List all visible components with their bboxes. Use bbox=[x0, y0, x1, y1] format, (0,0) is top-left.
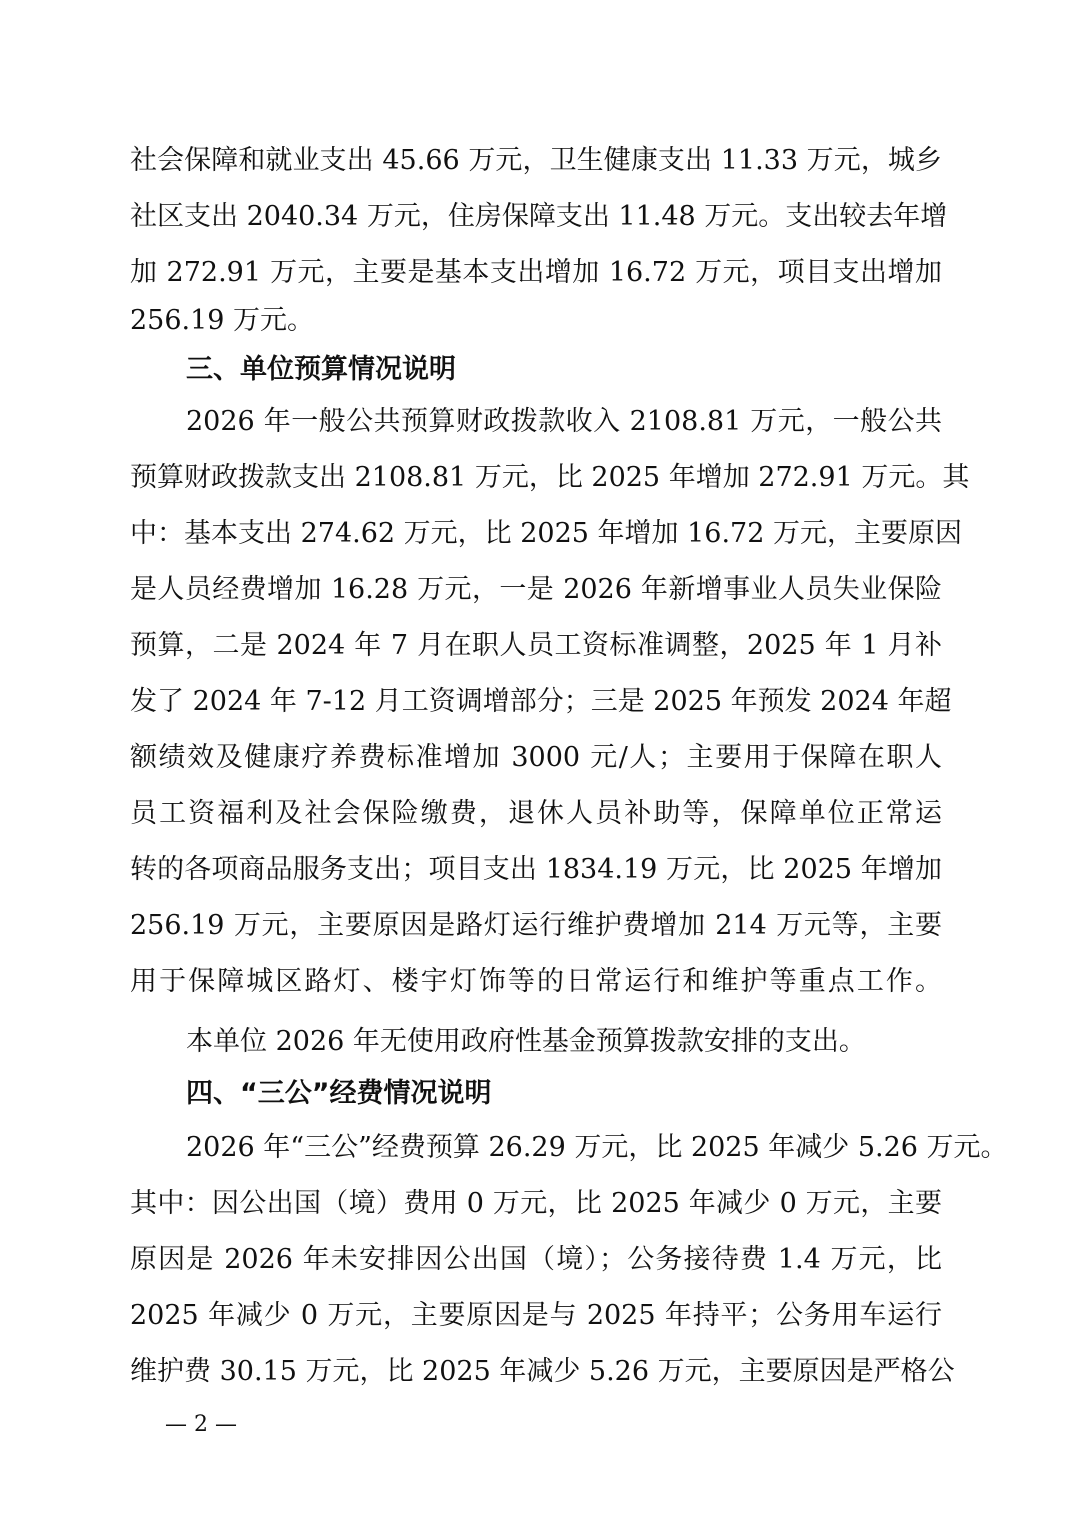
body-text-line: 256.19 万元，主要原因是路灯运行维护费增加 214 万元等，主要 bbox=[130, 906, 942, 946]
body-text-line: 社区支出 2040.34 万元，住房保障支出 11.48 万元。支出较去年增 bbox=[130, 197, 942, 237]
body-text-line: 2026 年一般公共预算财政拨款收入 2108.81 万元，一般公共 bbox=[186, 402, 942, 442]
body-text-line: 本单位 2026 年无使用政府性基金预算拨款安排的支出。 bbox=[186, 1022, 942, 1062]
body-text-line: 社会保障和就业支出 45.66 万元，卫生健康支出 11.33 万元，城乡 bbox=[130, 141, 942, 181]
body-text-line: 2026 年“三公”经费预算 26.29 万元，比 2025 年减少 5.26 … bbox=[186, 1128, 942, 1168]
body-text-line: 其中：因公出国（境）费用 0 万元，比 2025 年减少 0 万元，主要 bbox=[130, 1184, 942, 1224]
body-text-line: 加 272.91 万元，主要是基本支出增加 16.72 万元，项目支出增加 bbox=[130, 253, 942, 293]
body-text-line: 发了 2024 年 7-12 月工资调增部分；三是 2025 年预发 2024 … bbox=[130, 682, 942, 722]
document-page: 社会保障和就业支出 45.66 万元，卫生健康支出 11.33 万元，城乡 社区… bbox=[0, 0, 1074, 1520]
section-heading-unit-budget: 三、单位预算情况说明 bbox=[186, 350, 456, 390]
body-text-line: 预算，二是 2024 年 7 月在职人员工资标准调整，2025 年 1 月补 bbox=[130, 626, 942, 666]
body-text-line: 2025 年减少 0 万元，主要原因是与 2025 年持平；公务用车运行 bbox=[130, 1296, 942, 1336]
body-text-line: 额绩效及健康疗养费标准增加 3000 元/人；主要用于保障在职人 bbox=[130, 738, 942, 778]
body-text-line: 维护费 30.15 万元，比 2025 年减少 5.26 万元，主要原因是严格公 bbox=[130, 1352, 942, 1392]
body-text-line: 中：基本支出 274.62 万元，比 2025 年增加 16.72 万元，主要原… bbox=[130, 514, 942, 554]
body-text-line: 原因是 2026 年未安排因公出国（境）；公务接待费 1.4 万元，比 bbox=[130, 1240, 942, 1280]
body-text-line: 256.19 万元。 bbox=[130, 301, 942, 341]
body-text-line: 员工资福利及社会保险缴费，退休人员补助等，保障单位正常运 bbox=[130, 794, 942, 834]
body-text-line: 是人员经费增加 16.28 万元，一是 2026 年新增事业人员失业保险 bbox=[130, 570, 942, 610]
section-heading-three-public-expenses: 四、“三公”经费情况说明 bbox=[186, 1074, 492, 1114]
page-number: — 2 — bbox=[165, 1410, 237, 1440]
body-text-line: 用于保障城区路灯、楼宇灯饰等的日常运行和维护等重点工作。 bbox=[130, 962, 942, 1002]
body-text-line: 预算财政拨款支出 2108.81 万元，比 2025 年增加 272.91 万元… bbox=[130, 458, 942, 498]
body-text-line: 转的各项商品服务支出；项目支出 1834.19 万元，比 2025 年增加 bbox=[130, 850, 942, 890]
